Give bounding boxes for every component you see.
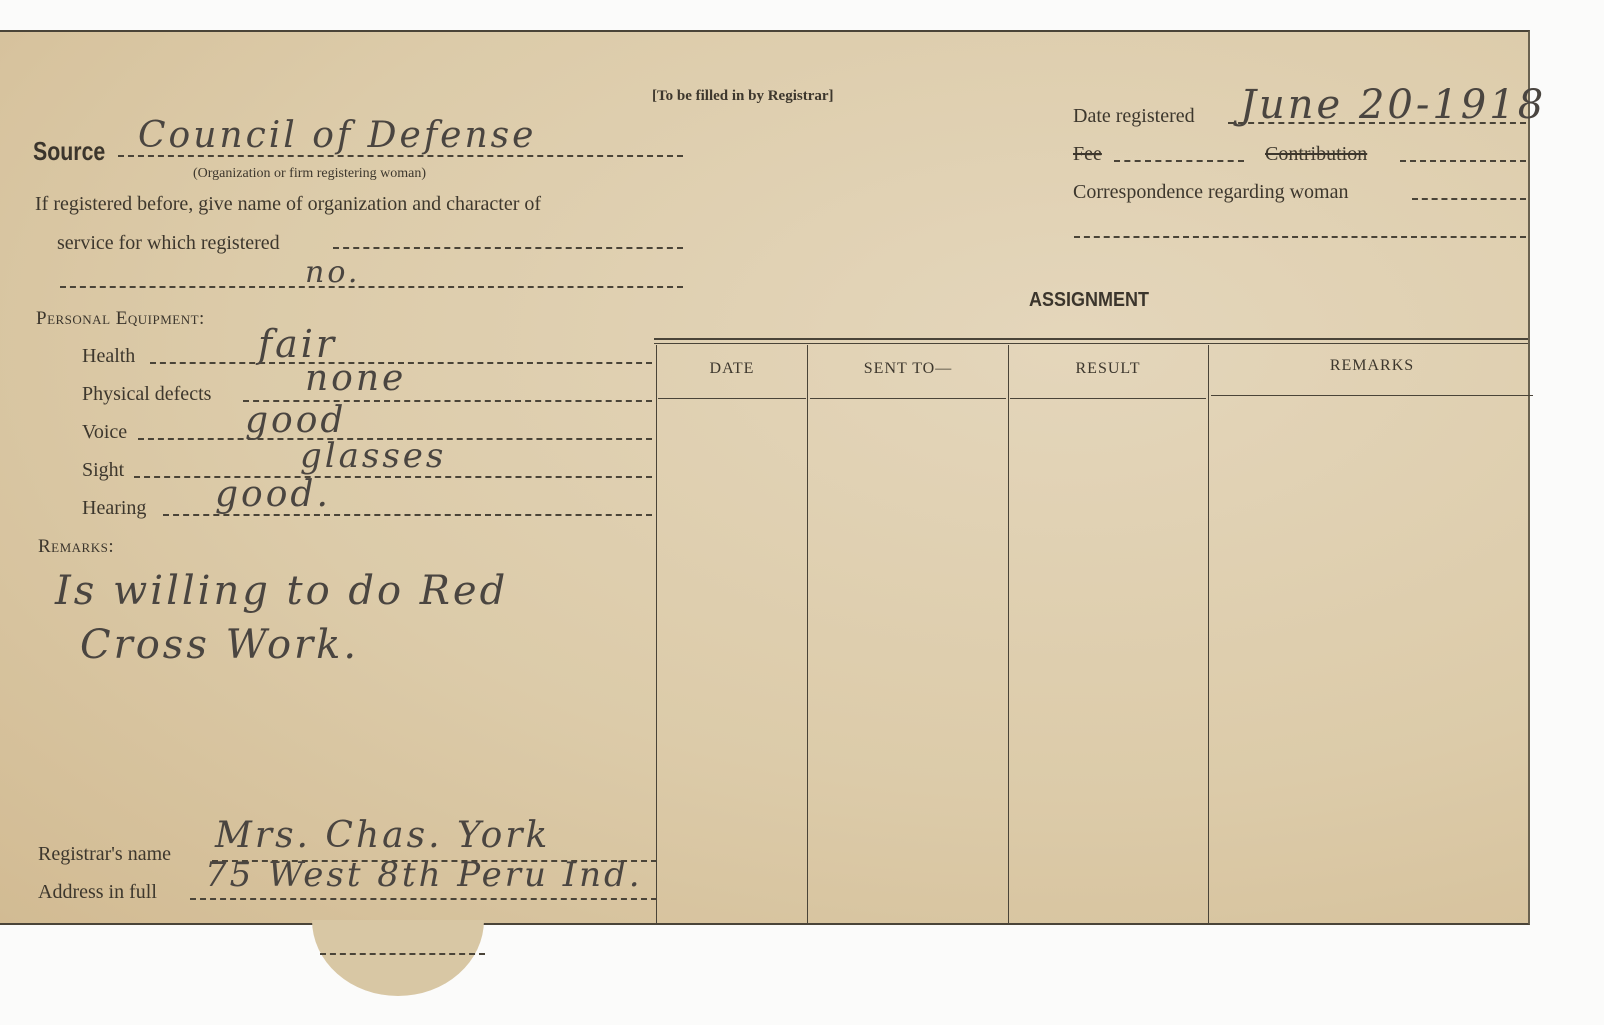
table-border-left	[656, 345, 657, 923]
address-label: Address in full	[38, 881, 157, 904]
column-header-result: RESULT	[1010, 360, 1206, 378]
previous-registration-line-1	[333, 247, 683, 249]
table-divider-2	[1008, 345, 1009, 923]
address-value[interactable]: 75 West 8th Peru Ind.	[205, 855, 643, 895]
registrar-note: [To be filled in by Registrar]	[652, 88, 834, 105]
header-rule-remarks	[1211, 395, 1533, 396]
header-rule-date	[658, 398, 806, 399]
registrar-name-label: Registrar's name	[38, 843, 171, 866]
sight-label: Sight	[82, 459, 124, 482]
column-header-remarks: REMARKS	[1211, 357, 1533, 375]
date-registered-value[interactable]: June 20-1918	[1240, 82, 1546, 128]
health-label: Health	[82, 345, 135, 368]
table-divider-3	[1208, 345, 1209, 923]
physical-defects-value[interactable]: none	[305, 358, 406, 399]
column-header-sent-to: SENT TO—	[810, 360, 1006, 378]
remarks-line-1[interactable]: Is willing to do Red	[55, 568, 508, 614]
source-value[interactable]: Council of Defense	[138, 115, 536, 156]
assignment-title: ASSIGNMENT	[1029, 289, 1149, 312]
address-line	[190, 898, 657, 900]
previous-registration-label-2: service for which registered	[57, 232, 280, 255]
voice-value[interactable]: good	[245, 400, 346, 441]
source-caption: (Organization or firm registering woman)	[193, 166, 426, 182]
physical-defects-label: Physical defects	[82, 383, 211, 406]
contribution-line	[1400, 160, 1526, 162]
sight-value[interactable]: glasses	[300, 436, 446, 476]
hearing-label: Hearing	[82, 497, 146, 520]
contribution-label: Contribution	[1265, 143, 1367, 166]
personal-equipment-heading: Personal Equipment:	[36, 308, 205, 330]
previous-registration-label-1: If registered before, give name of organ…	[35, 193, 541, 216]
fee-label: Fee	[1073, 143, 1102, 166]
date-registered-label: Date registered	[1073, 105, 1195, 128]
voice-label: Voice	[82, 421, 127, 444]
column-header-date: DATE	[658, 360, 806, 378]
header-rule-result	[1010, 398, 1206, 399]
fee-line	[1114, 160, 1244, 162]
sight-line	[134, 476, 652, 478]
registrar-name-value[interactable]: Mrs. Chas. York	[215, 815, 550, 856]
assignment-table-rule	[654, 338, 1528, 340]
header-rule-sent-to	[810, 398, 1006, 399]
correspondence-line-2	[1074, 236, 1526, 238]
previous-registration-line-2	[60, 286, 683, 288]
hearing-value[interactable]: good.	[215, 474, 331, 515]
source-label: Source	[33, 136, 105, 167]
previous-registration-value[interactable]: no.	[305, 255, 360, 290]
remarks-line-2[interactable]: Cross Work.	[80, 622, 359, 668]
remarks-heading: Remarks:	[38, 536, 114, 558]
table-divider-1	[807, 345, 808, 923]
card-tab	[312, 920, 484, 996]
assignment-table-rule-inner	[654, 343, 1528, 344]
tab-dashed-line	[320, 953, 485, 955]
correspondence-line-1	[1412, 198, 1526, 200]
correspondence-label: Correspondence regarding woman	[1073, 181, 1348, 204]
